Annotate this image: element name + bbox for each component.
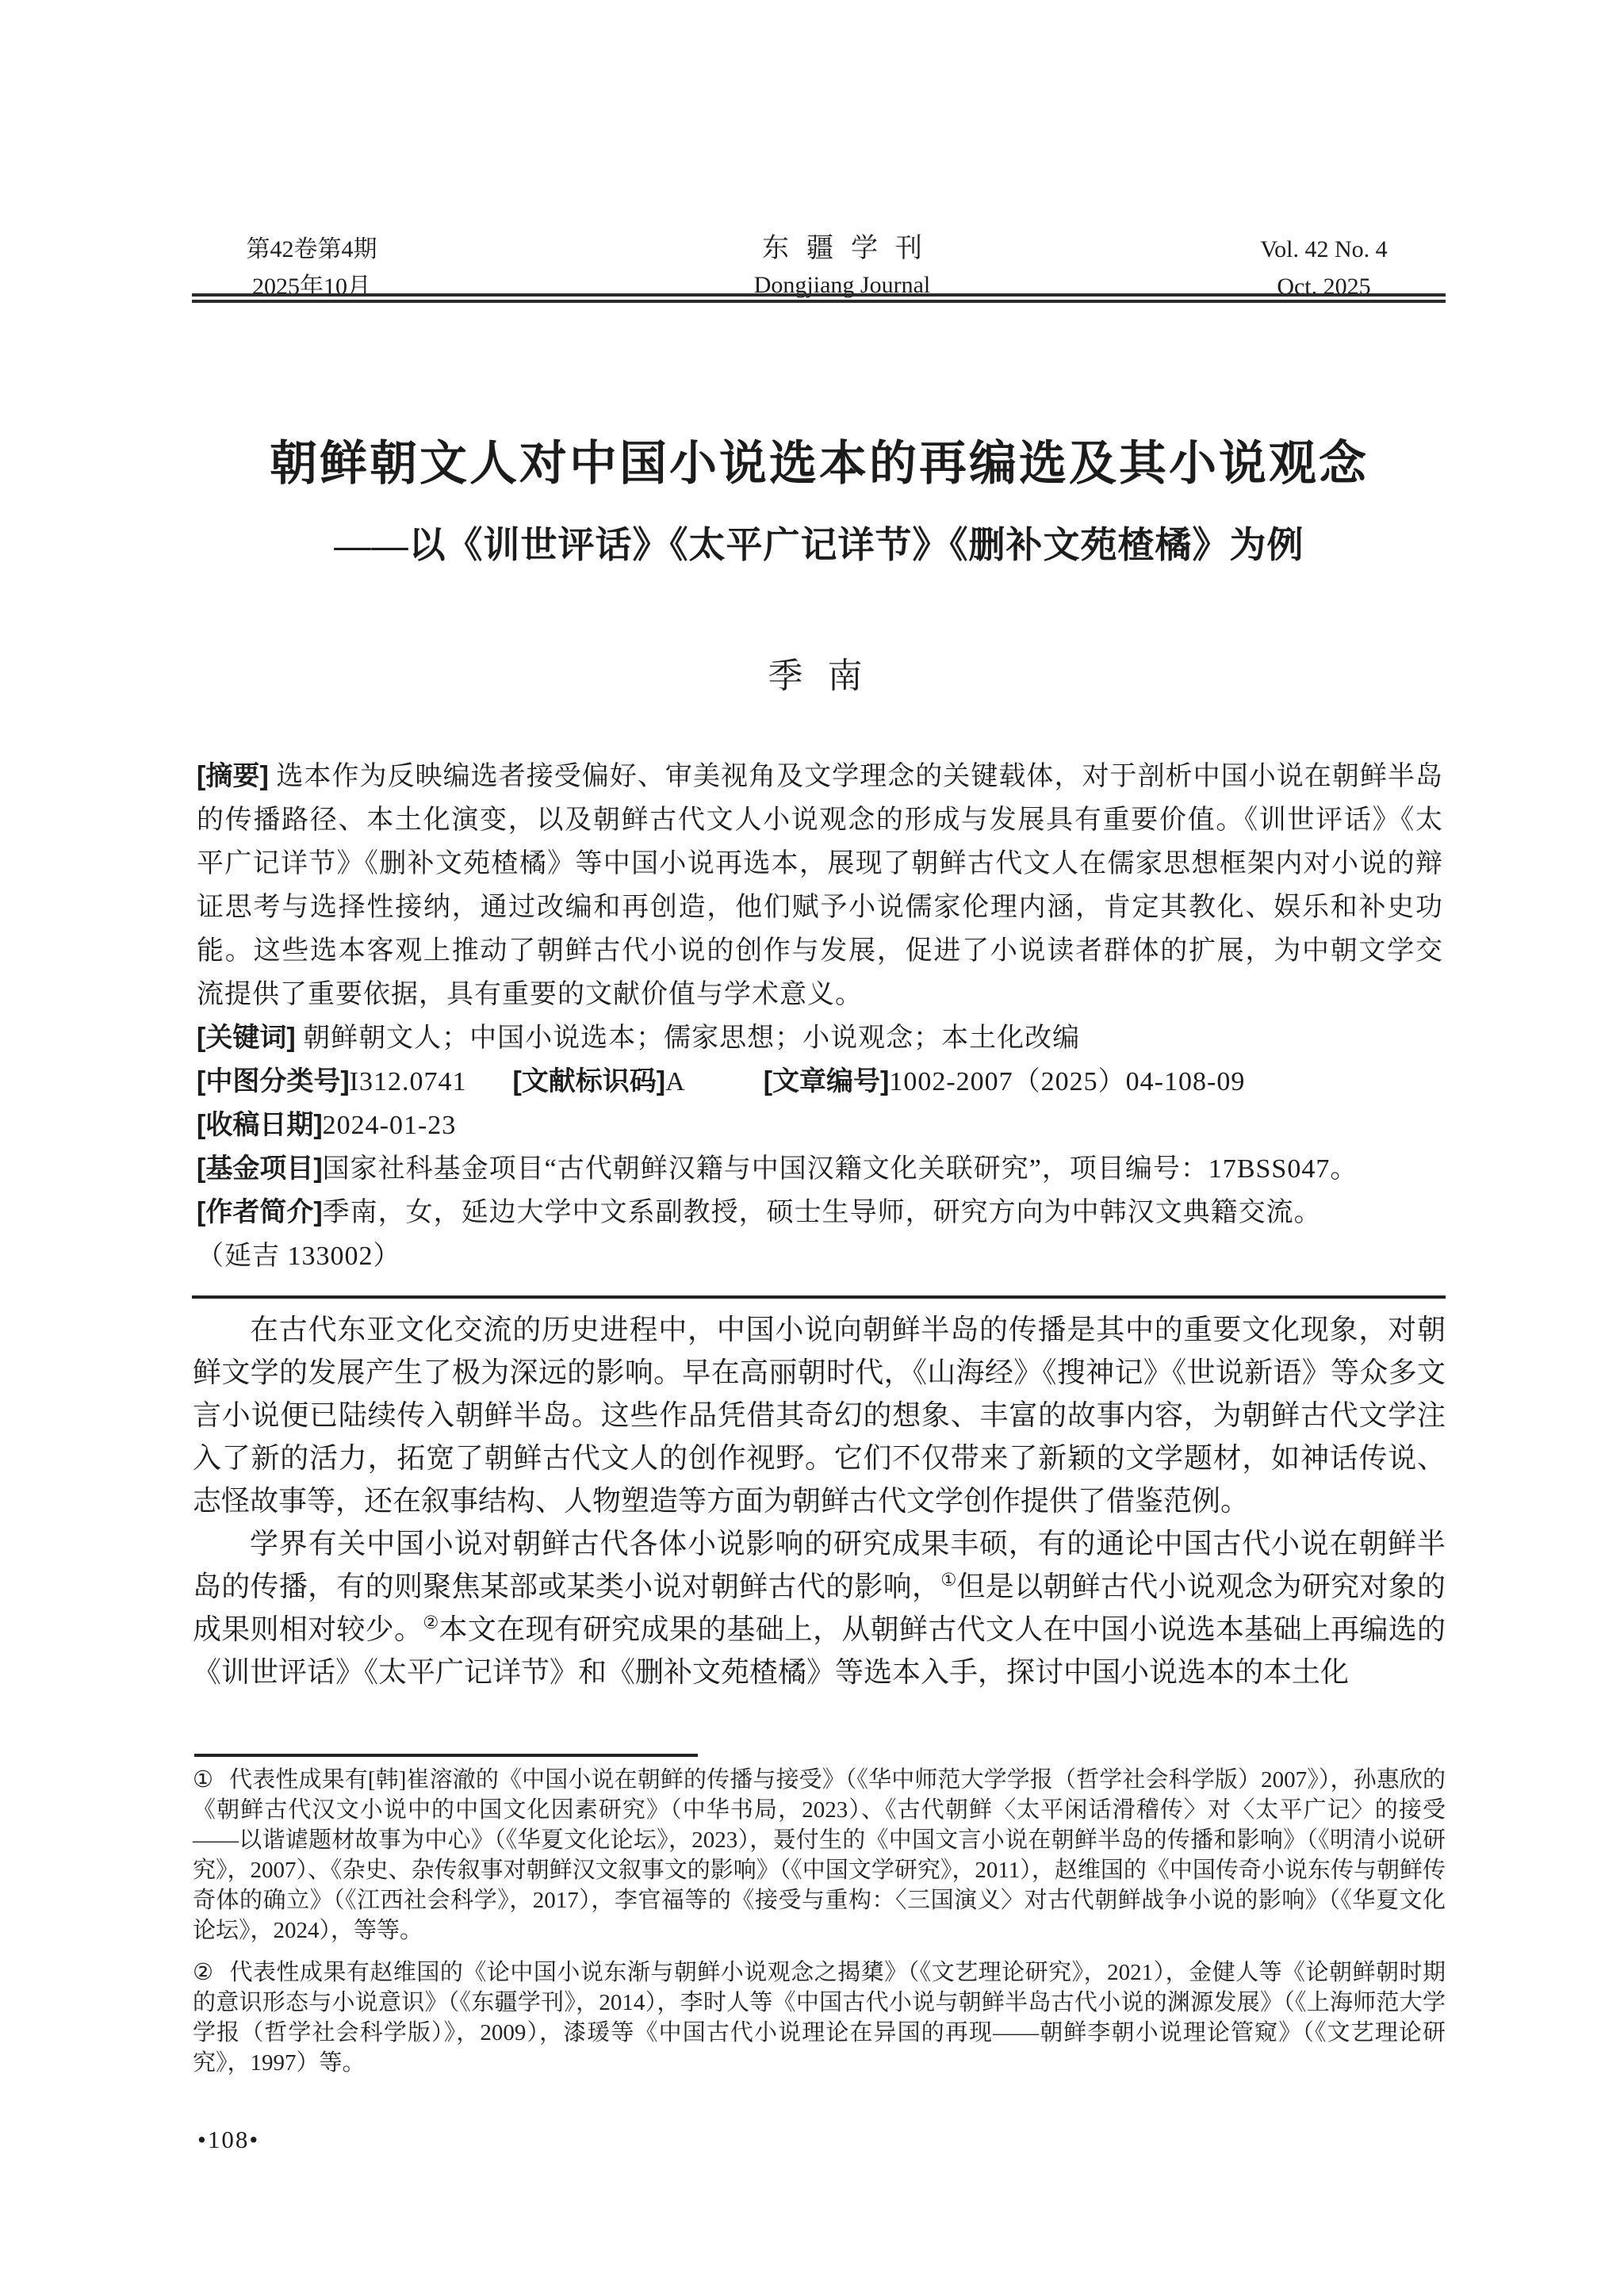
clc-label: [中图分类号] — [197, 1066, 350, 1096]
abstract-label: [摘要] — [197, 761, 269, 791]
article-id-group: [文章编号]1002-2007（2025）04-108-09 — [764, 1067, 1246, 1096]
clc-group: [中图分类号]I312.0741 — [197, 1067, 466, 1096]
body-paragraph-1: 在古代东亚文化交流的历史进程中，中国小说向朝鲜半岛的传播是其中的重要文化现象，对… — [193, 1308, 1446, 1522]
received-date-line: [收稿日期]2024-01-23 — [197, 1104, 1443, 1147]
issue-volume-number: 第42卷第4期 — [224, 231, 399, 268]
doc-code-value: A — [665, 1067, 686, 1096]
footnote-divider — [194, 1754, 698, 1757]
journal-name-cn: 东疆学刊 — [719, 231, 965, 266]
received-value: 2024-01-23 — [323, 1111, 457, 1140]
journal-page: 第42卷第4期 2025年10月 东疆学刊 Dongjiang Journal … — [0, 0, 1624, 2296]
page-number: •108• — [197, 2126, 259, 2154]
keywords-text: 朝鲜朝文人；中国小说选本；儒家思想；小说观念；本土化改编 — [303, 1024, 1080, 1053]
fund-text: 国家社科基金项目“古代朝鲜汉籍与中国汉籍文化关联研究”，项目编号：17BSS04… — [323, 1154, 1358, 1184]
article-meta-block: [摘要] 选本作为反映编选者接受偏好、审美视角及文学理念的关键载体，对于剖析中国… — [197, 755, 1443, 1278]
fund-line: [基金项目]国家社科基金项目“古代朝鲜汉籍与中国汉籍文化关联研究”，项目编号：1… — [197, 1147, 1443, 1191]
article-body: 在古代东亚文化交流的历史进程中，中国小说向朝鲜半岛的传播是其中的重要文化现象，对… — [193, 1308, 1446, 1693]
meta-body-divider — [192, 1295, 1446, 1299]
keywords-paragraph: [关键词] 朝鲜朝文人；中国小说选本；儒家思想；小说观念；本土化改编 — [197, 1016, 1443, 1060]
footnote-2-marker: ② — [193, 1960, 214, 1985]
footnotes-block: ①代表性成果有[韩]崔溶澈的《中国小说在朝鲜的传播与接受》（《华中师范大学学报（… — [193, 1765, 1446, 2078]
body-paragraph-2: 学界有关中国小说对朝鲜古代各体小说影响的研究成果丰硕，有的通论中国古代小说在朝鲜… — [193, 1522, 1446, 1693]
author-location-line: （延吉 133002） — [197, 1234, 1443, 1278]
clc-value: I312.0741 — [350, 1067, 467, 1096]
abstract-text: 选本作为反映编选者接受偏好、审美视角及文学理念的关键载体，对于剖析中国小说在朝鲜… — [197, 762, 1443, 1009]
abstract-paragraph: [摘要] 选本作为反映编选者接受偏好、审美视角及文学理念的关键载体，对于剖析中国… — [197, 755, 1443, 1016]
received-label: [收稿日期] — [197, 1110, 323, 1140]
footnote-1: ①代表性成果有[韩]崔溶澈的《中国小说在朝鲜的传播与接受》（《华中师范大学学报（… — [193, 1765, 1446, 1946]
keywords-label: [关键词] — [197, 1023, 296, 1053]
footnote-ref-1: ① — [940, 1570, 956, 1590]
header-rule — [192, 293, 1446, 303]
fund-label: [基金项目] — [197, 1154, 323, 1184]
author-bio-label: [作者简介] — [197, 1197, 323, 1227]
footnote-2-text: 代表性成果有赵维国的《论中国小说东渐与朝鲜小说观念之揭橥》（《文艺理论研究》，2… — [193, 1960, 1446, 2076]
footnote-1-marker: ① — [193, 1767, 213, 1793]
classification-line: [中图分类号]I312.0741[文献标识码]A[文章编号]1002-2007（… — [197, 1060, 1443, 1104]
article-title: 朝鲜朝文人对中国小说选本的再编选及其小说观念 — [153, 433, 1485, 495]
doc-code-group: [文献标识码]A — [512, 1067, 685, 1096]
article-author: 季 南 — [193, 647, 1446, 698]
author-bio-text: 季南，女，延边大学中文系副教授，硕士生导师，研究方向为中韩汉文典籍交流。 — [323, 1198, 1322, 1227]
footnote-2: ②代表性成果有赵维国的《论中国小说东渐与朝鲜小说观念之揭橥》（《文艺理论研究》，… — [193, 1957, 1446, 2078]
issue-volume-number-en: Vol. 42 No. 4 — [1231, 231, 1417, 268]
article-subtitle: ——以《训世评话》《太平广记详节》《删补文苑楂橘》为例 — [153, 520, 1485, 571]
article-id-label: [文章编号] — [764, 1066, 890, 1096]
doc-code-label: [文献标识码] — [512, 1066, 665, 1096]
footnote-ref-2: ② — [423, 1613, 439, 1632]
author-bio-line: [作者简介]季南，女，延边大学中文系副教授，硕士生导师，研究方向为中韩汉文典籍交… — [197, 1191, 1443, 1234]
article-id-value: 1002-2007（2025）04-108-09 — [889, 1067, 1245, 1096]
footnote-1-text: 代表性成果有[韩]崔溶澈的《中国小说在朝鲜的传播与接受》（《华中师范大学学报（哲… — [193, 1767, 1446, 1943]
